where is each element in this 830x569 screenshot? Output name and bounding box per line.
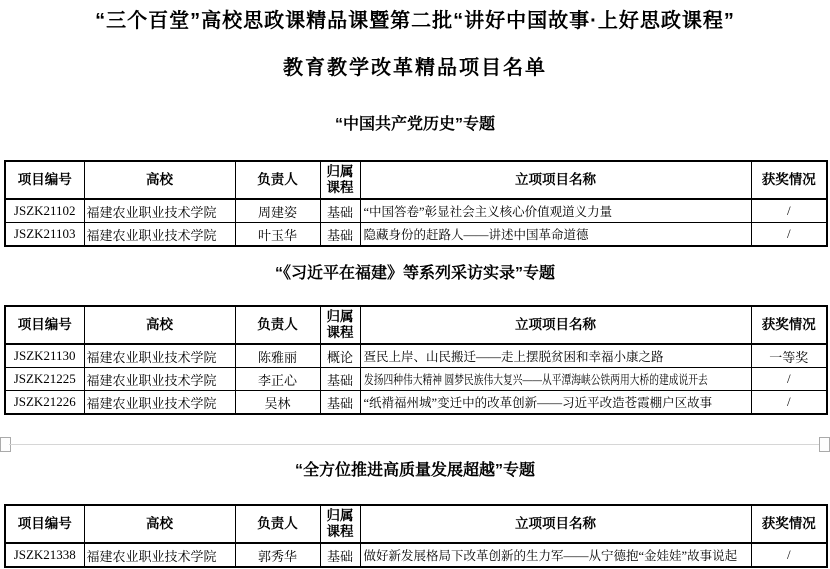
section-heading-party-history: “中国共产党历史”专题 (0, 114, 830, 136)
column-header-course: 归属课程 (320, 161, 360, 199)
school-name: 福建农业职业技术学院 (84, 344, 235, 368)
project-title: “中国答卷”彰显社会主义核心价值观道义力量 (360, 199, 751, 223)
school-name: 福建农业职业技术学院 (84, 199, 235, 223)
column-header-project-title: 立项项目名称 (360, 161, 751, 199)
projects-table-xi-in-fujian: 项目编号 高校 负责人 归属课程 立项项目名称 获奖情况 JSZK21130福建… (4, 305, 828, 415)
projects-table-party-history: 项目编号 高校 负责人 归属课程 立项项目名称 获奖情况 JSZK21102福建… (4, 160, 828, 247)
column-header-award: 获奖情况 (751, 505, 827, 543)
project-title-text: 发扬四种伟大精神 圆梦民族伟大复兴——从平潭海峡公铁两用大桥的建成说开去 (364, 370, 749, 388)
course-type: 基础 (320, 543, 360, 567)
table-header-row: 项目编号 高校 负责人 归属课程 立项项目名称 获奖情况 (5, 505, 827, 543)
project-id: JSZK21102 (5, 199, 84, 223)
leader-name: 李正心 (235, 368, 320, 391)
project-title: 做好新发展格局下改革创新的生力军——从宁德抱“金娃娃”故事说起 (360, 543, 751, 567)
project-title: 发扬四种伟大精神 圆梦民族伟大复兴——从平潭海峡公铁两用大桥的建成说开去 (360, 368, 751, 391)
project-id: JSZK21338 (5, 543, 84, 567)
award-status: / (751, 223, 827, 247)
award-status: 一等奖 (751, 344, 827, 368)
project-id: JSZK21103 (5, 223, 84, 247)
leader-name: 吴林 (235, 391, 320, 415)
document-title-line2: 教育教学改革精品项目名单 (0, 55, 830, 81)
column-header-leader: 负责人 (235, 306, 320, 344)
leader-name: 陈雅丽 (235, 344, 320, 368)
table-row: JSZK21225福建农业职业技术学院李正心基础发扬四种伟大精神 圆梦民族伟大复… (5, 368, 827, 391)
table-header-row: 项目编号 高校 负责人 归属课程 立项项目名称 获奖情况 (5, 161, 827, 199)
table-row: JSZK21130福建农业职业技术学院陈雅丽概论疍民上岸、山民搬迁——走上摆脱贫… (5, 344, 827, 368)
column-header-project-title: 立项项目名称 (360, 505, 751, 543)
column-header-award: 获奖情况 (751, 161, 827, 199)
table-row: JSZK21338福建农业职业技术学院郭秀华基础做好新发展格局下改革创新的生力军… (5, 543, 827, 567)
column-header-project-id: 项目编号 (5, 161, 84, 199)
column-header-school: 高校 (84, 505, 235, 543)
table-row: JSZK21226福建农业职业技术学院吴林基础“纸褙福州城”变迁中的改革创新——… (5, 391, 827, 415)
column-header-course: 归属课程 (320, 306, 360, 344)
column-header-school: 高校 (84, 161, 235, 199)
section-heading-xi-in-fujian: “《习近平在福建》等系列采访实录”专题 (0, 263, 830, 285)
award-status: / (751, 199, 827, 223)
award-status: / (751, 391, 827, 415)
course-type: 基础 (320, 223, 360, 247)
leader-name: 叶玉华 (235, 223, 320, 247)
column-header-project-id: 项目编号 (5, 306, 84, 344)
table-row: JSZK21103福建农业职业技术学院叶玉华基础隐藏身份的赶路人——讲述中国革命… (5, 223, 827, 247)
school-name: 福建农业职业技术学院 (84, 223, 235, 247)
award-status: / (751, 368, 827, 391)
course-type: 基础 (320, 391, 360, 415)
table-header-row: 项目编号 高校 负责人 归属课程 立项项目名称 获奖情况 (5, 306, 827, 344)
leader-name: 郭秀华 (235, 543, 320, 567)
project-id: JSZK21226 (5, 391, 84, 415)
award-status: / (751, 543, 827, 567)
table-row: JSZK21102福建农业职业技术学院周建姿基础“中国答卷”彰显社会主义核心价值… (5, 199, 827, 223)
leader-name: 周建姿 (235, 199, 320, 223)
column-header-leader: 负责人 (235, 161, 320, 199)
project-title: “纸褙福州城”变迁中的改革创新——习近平改造苍霞棚户区故事 (360, 391, 751, 415)
school-name: 福建农业职业技术学院 (84, 368, 235, 391)
school-name: 福建农业职业技术学院 (84, 391, 235, 415)
page-break-line (9, 444, 821, 445)
school-name: 福建农业职业技术学院 (84, 543, 235, 567)
page-break-right-handle-icon (819, 437, 830, 452)
column-header-leader: 负责人 (235, 505, 320, 543)
document-title-line1: “三个百堂”高校思政课精品课暨第二批“讲好中国故事·上好思政课程” (0, 0, 830, 34)
column-header-award: 获奖情况 (751, 306, 827, 344)
course-type: 基础 (320, 199, 360, 223)
course-type: 概论 (320, 344, 360, 368)
column-header-course: 归属课程 (320, 505, 360, 543)
project-id: JSZK21225 (5, 368, 84, 391)
page-break-marker (0, 437, 830, 452)
projects-table-high-quality-development: 项目编号 高校 负责人 归属课程 立项项目名称 获奖情况 JSZK21338福建… (4, 504, 828, 568)
column-header-project-id: 项目编号 (5, 505, 84, 543)
project-title: 疍民上岸、山民搬迁——走上摆脱贫困和幸福小康之路 (360, 344, 751, 368)
project-id: JSZK21130 (5, 344, 84, 368)
column-header-project-title: 立项项目名称 (360, 306, 751, 344)
section-heading-high-quality-development: “全方位推进高质量发展超越”专题 (0, 460, 830, 482)
project-title: 隐藏身份的赶路人——讲述中国革命道德 (360, 223, 751, 247)
column-header-school: 高校 (84, 306, 235, 344)
course-type: 基础 (320, 368, 360, 391)
